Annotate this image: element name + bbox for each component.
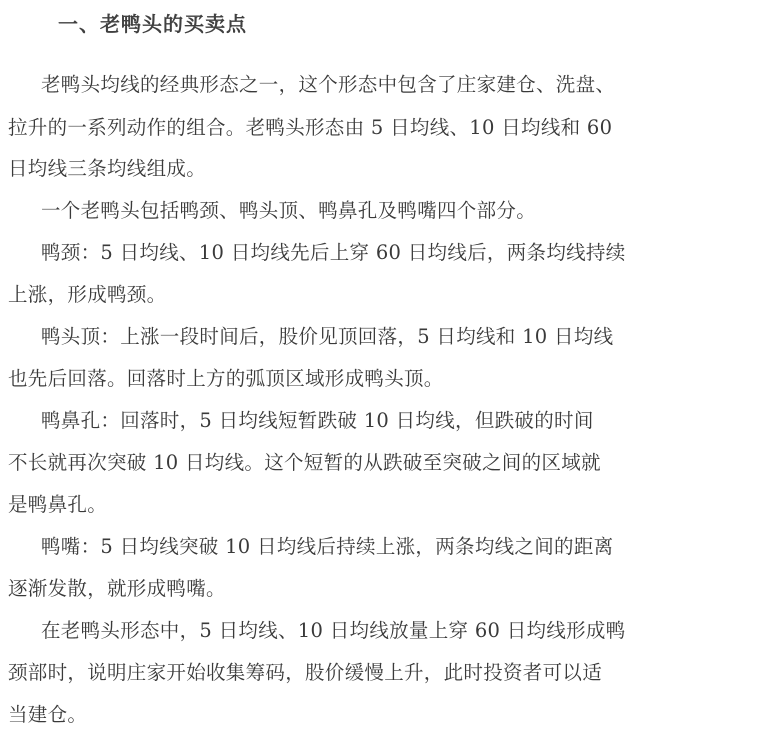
text-line: 在老鸭头形态中，5 日均线、10 日均线放量上穿 60 日均线形成鸭 (41, 619, 626, 643)
text-line: 颈部时，说明庄家开始收集筹码，股价缓慢上升，此时投资者可以适 (8, 661, 602, 685)
text-line: 鸭颈：5 日均线、10 日均线先后上穿 60 日均线后，两条均线持续 (41, 241, 626, 265)
text-line: 鸭鼻孔：回落时，5 日均线短暂跌破 10 日均线，但跌破的时间 (41, 409, 594, 433)
text-line: 拉升的一系列动作的组合。老鸭头形态由 5 日均线、10 日均线和 60 (8, 116, 612, 140)
text-line: 逐渐发散，就形成鸭嘴。 (8, 577, 226, 601)
text-line: 上涨，形成鸭颈。 (8, 283, 166, 307)
text-line: 一个老鸭头包括鸭颈、鸭头顶、鸭鼻孔及鸭嘴四个部分。 (41, 199, 536, 223)
text-line: 是鸭鼻孔。 (8, 493, 107, 517)
text-line: 老鸭头均线的经典形态之一，这个形态中包含了庄家建仓、洗盘、 (41, 73, 615, 97)
text-line: 鸭头顶：上涨一段时间后，股价见顶回落，5 日均线和 10 日均线 (41, 325, 613, 349)
text-line: 鸭嘴：5 日均线突破 10 日均线后持续上涨，两条均线之间的距离 (41, 535, 613, 559)
document-page: 一、老鸭头的买卖点 老鸭头均线的经典形态之一，这个形态中包含了庄家建仓、洗盘、 … (0, 0, 758, 741)
text-line: 当建仓。 (8, 703, 87, 727)
text-line: 不长就再次突破 10 日均线。这个短暂的从跌破至突破之间的区域就 (8, 451, 601, 475)
section-heading: 一、老鸭头的买卖点 (58, 8, 247, 37)
text-line: 日均线三条均线组成。 (8, 157, 206, 181)
text-line: 也先后回落。回落时上方的弧顶区域形成鸭头顶。 (8, 367, 444, 391)
